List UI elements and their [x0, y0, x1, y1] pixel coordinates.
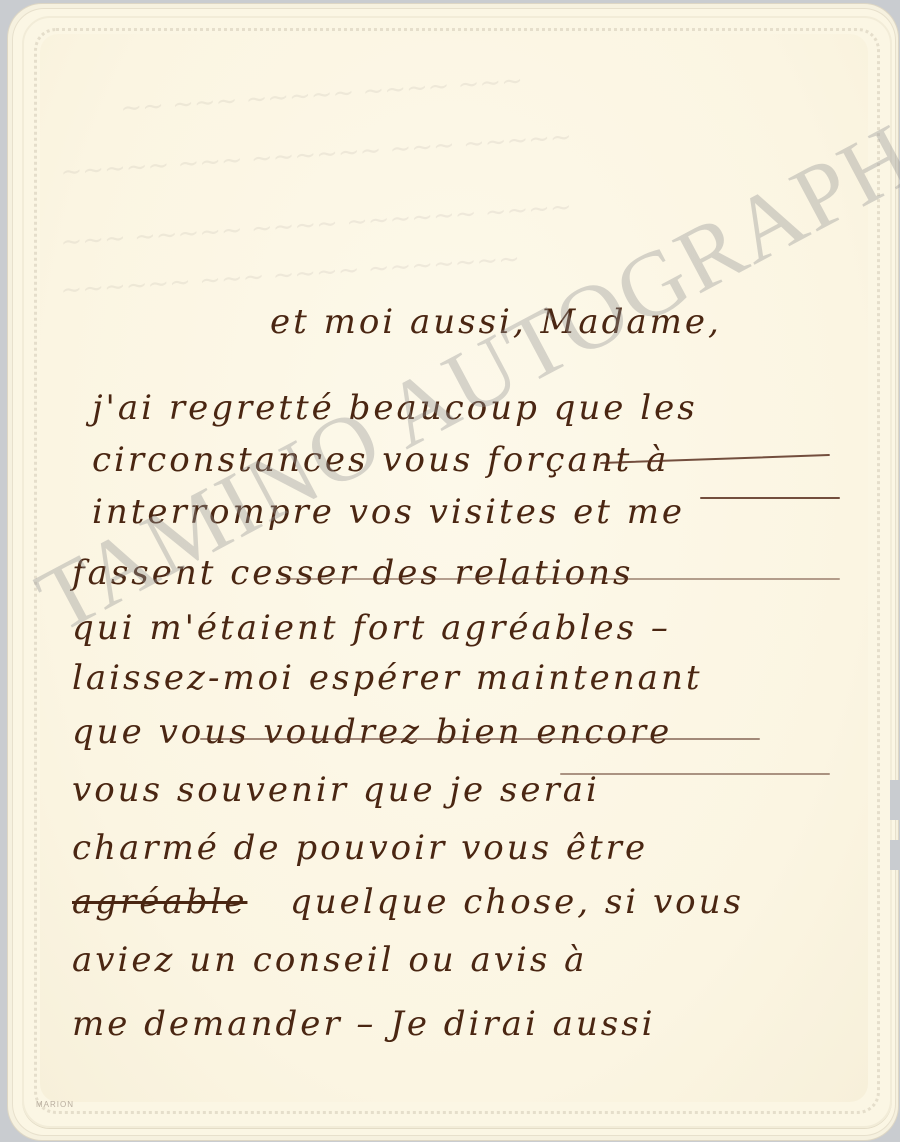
letter-line-7: laissez-moi espérer maintenant	[72, 658, 703, 698]
pen-stroke	[560, 773, 830, 775]
letter-line-9: vous souvenir que je serai	[72, 770, 600, 810]
letter-line-11: agréable	[72, 882, 247, 922]
letter-line-8: que vous voudrez bien encore	[72, 712, 672, 752]
letter-line-10: charmé de pouvoir vous être	[72, 828, 648, 868]
letter-line-11-rest: quelque chose, si vous	[290, 882, 744, 922]
torn-edge	[890, 840, 900, 870]
stationer-stamp: MARION	[36, 1100, 74, 1109]
letter-line-6: qui m'étaient fort agréables –	[72, 608, 671, 648]
pen-stroke	[200, 738, 760, 740]
pen-stroke	[280, 578, 840, 580]
struck-word: agréable	[72, 882, 247, 922]
letter-line-12: aviez un conseil ou avis à	[72, 940, 587, 980]
pen-stroke	[700, 497, 840, 499]
letter-line-13: me demander – Je dirai aussi	[72, 1004, 656, 1044]
torn-edge	[890, 780, 900, 820]
